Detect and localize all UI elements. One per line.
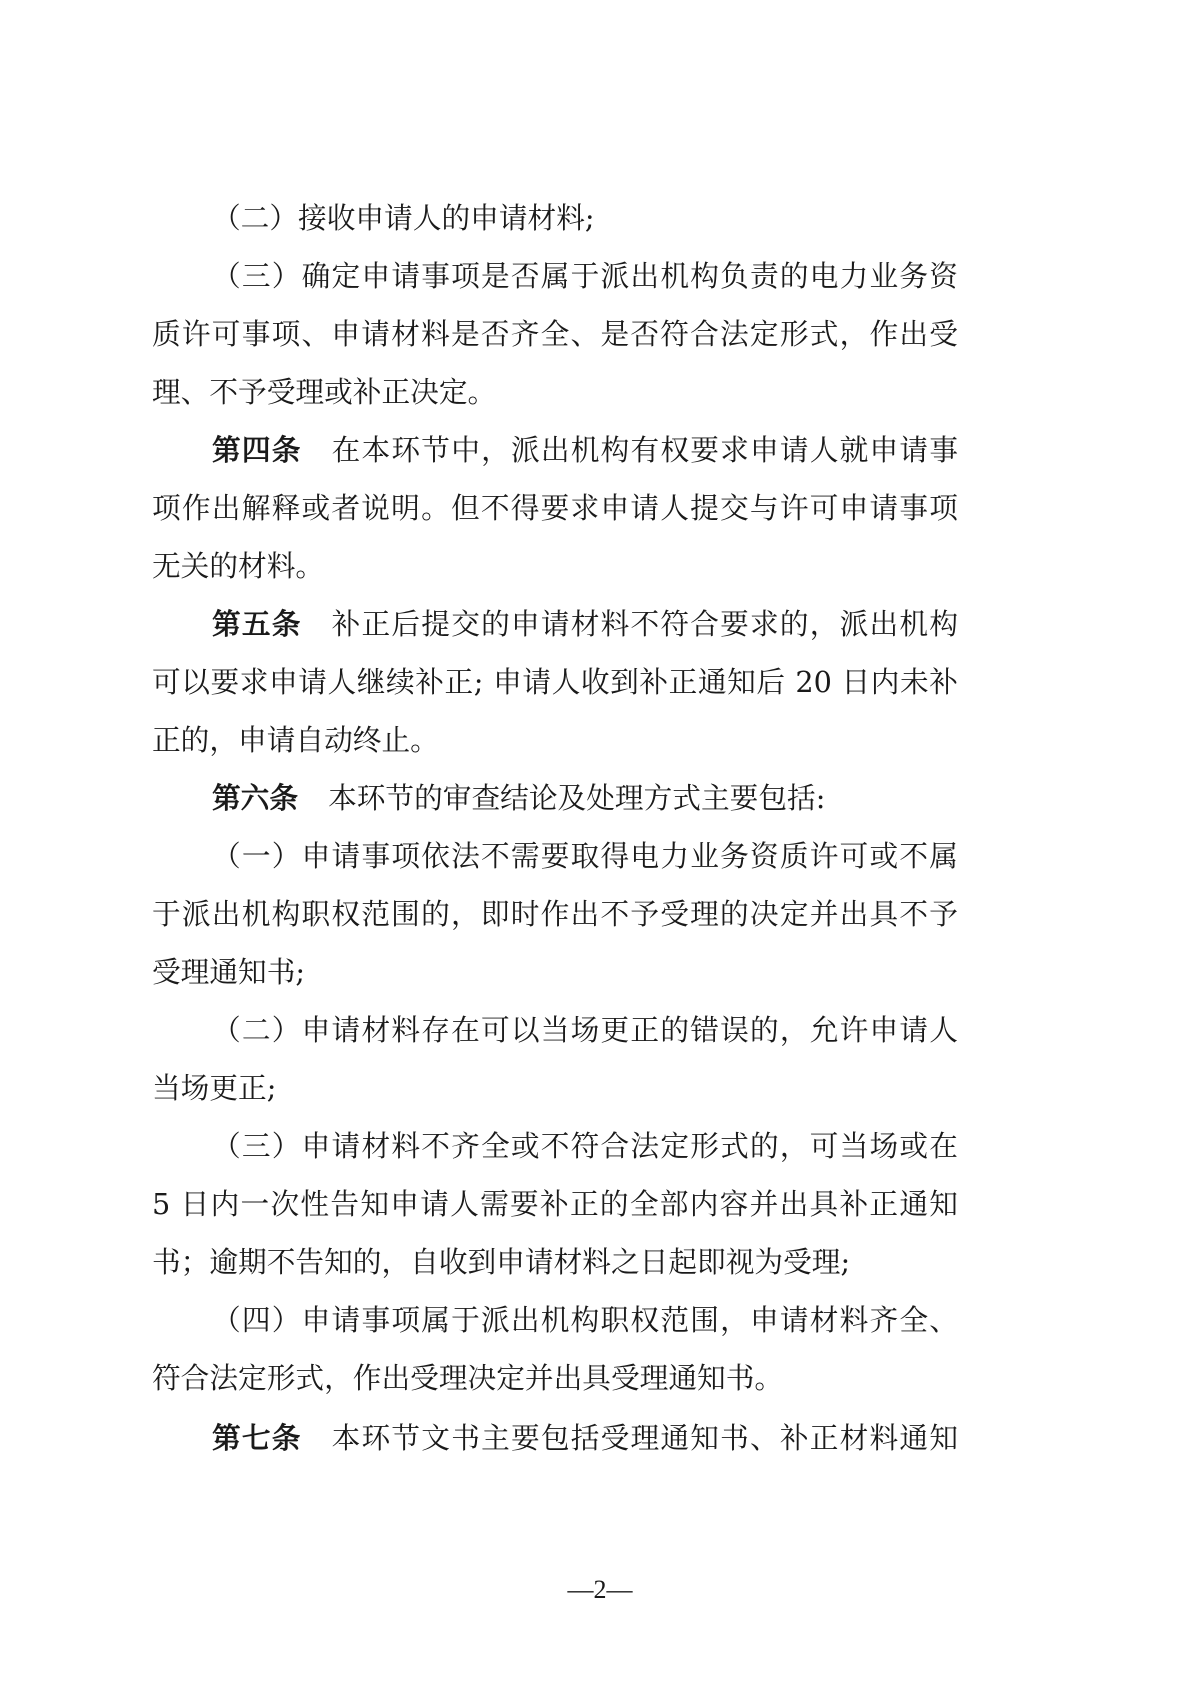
- article-heading: 第七条: [212, 1421, 302, 1455]
- paragraph-line: 理、不予受理或补正决定。: [152, 372, 958, 412]
- paragraph-line: （三）申请材料不齐全或不符合法定形式的，可当场或在: [212, 1126, 958, 1166]
- page-number: —2—: [0, 1575, 1200, 1605]
- paragraph-line: （三）确定申请事项是否属于派出机构负责的电力业务资: [212, 256, 958, 296]
- paragraph-line: （二）接收申请人的申请材料;: [212, 198, 958, 238]
- article-6-line: 第六条本环节的审查结论及处理方式主要包括:: [212, 778, 958, 818]
- paragraph-line: 当场更正;: [152, 1068, 958, 1108]
- article-5-line: 第五条补正后提交的申请材料不符合要求的，派出机构: [212, 604, 958, 644]
- paragraph-line: 于派出机构职权范围的，即时作出不予受理的决定并出具不予: [152, 894, 958, 934]
- article-heading: 第六条: [212, 781, 298, 815]
- paragraph-line: 正的，申请自动终止。: [152, 720, 958, 760]
- paragraph-line: 可以要求申请人继续补正; 申请人收到补正通知后 20 日内未补: [152, 662, 958, 702]
- paragraph-line: 质许可事项、申请材料是否齐全、是否符合法定形式，作出受: [152, 314, 958, 354]
- paragraph-line: 5 日内一次性告知申请人需要补正的全部内容并出具补正通知: [152, 1184, 958, 1224]
- article-heading: 第五条: [212, 607, 302, 641]
- paragraph-line: 受理通知书;: [152, 952, 958, 992]
- paragraph-line: 项作出解释或者说明。但不得要求申请人提交与许可申请事项: [152, 488, 958, 528]
- paragraph-line: 无关的材料。: [152, 546, 958, 586]
- article-7-line: 第七条本环节文书主要包括受理通知书、补正材料通知: [212, 1418, 958, 1458]
- paragraph-line: 符合法定形式，作出受理决定并出具受理通知书。: [152, 1358, 958, 1398]
- paragraph-line: 书；逾期不告知的，自收到申请材料之日起即视为受理;: [152, 1242, 958, 1282]
- paragraph-line: （一）申请事项依法不需要取得电力业务资质许可或不属: [212, 836, 958, 876]
- paragraph-line: （四）申请事项属于派出机构职权范围，申请材料齐全、: [212, 1300, 958, 1340]
- document-page: （二）接收申请人的申请材料; （三）确定申请事项是否属于派出机构负责的电力业务资…: [0, 0, 1200, 1696]
- article-4-line: 第四条在本环节中，派出机构有权要求申请人就申请事: [212, 430, 958, 470]
- article-heading: 第四条: [212, 433, 302, 467]
- paragraph-line: （二）申请材料存在可以当场更正的错误的，允许申请人: [212, 1010, 958, 1050]
